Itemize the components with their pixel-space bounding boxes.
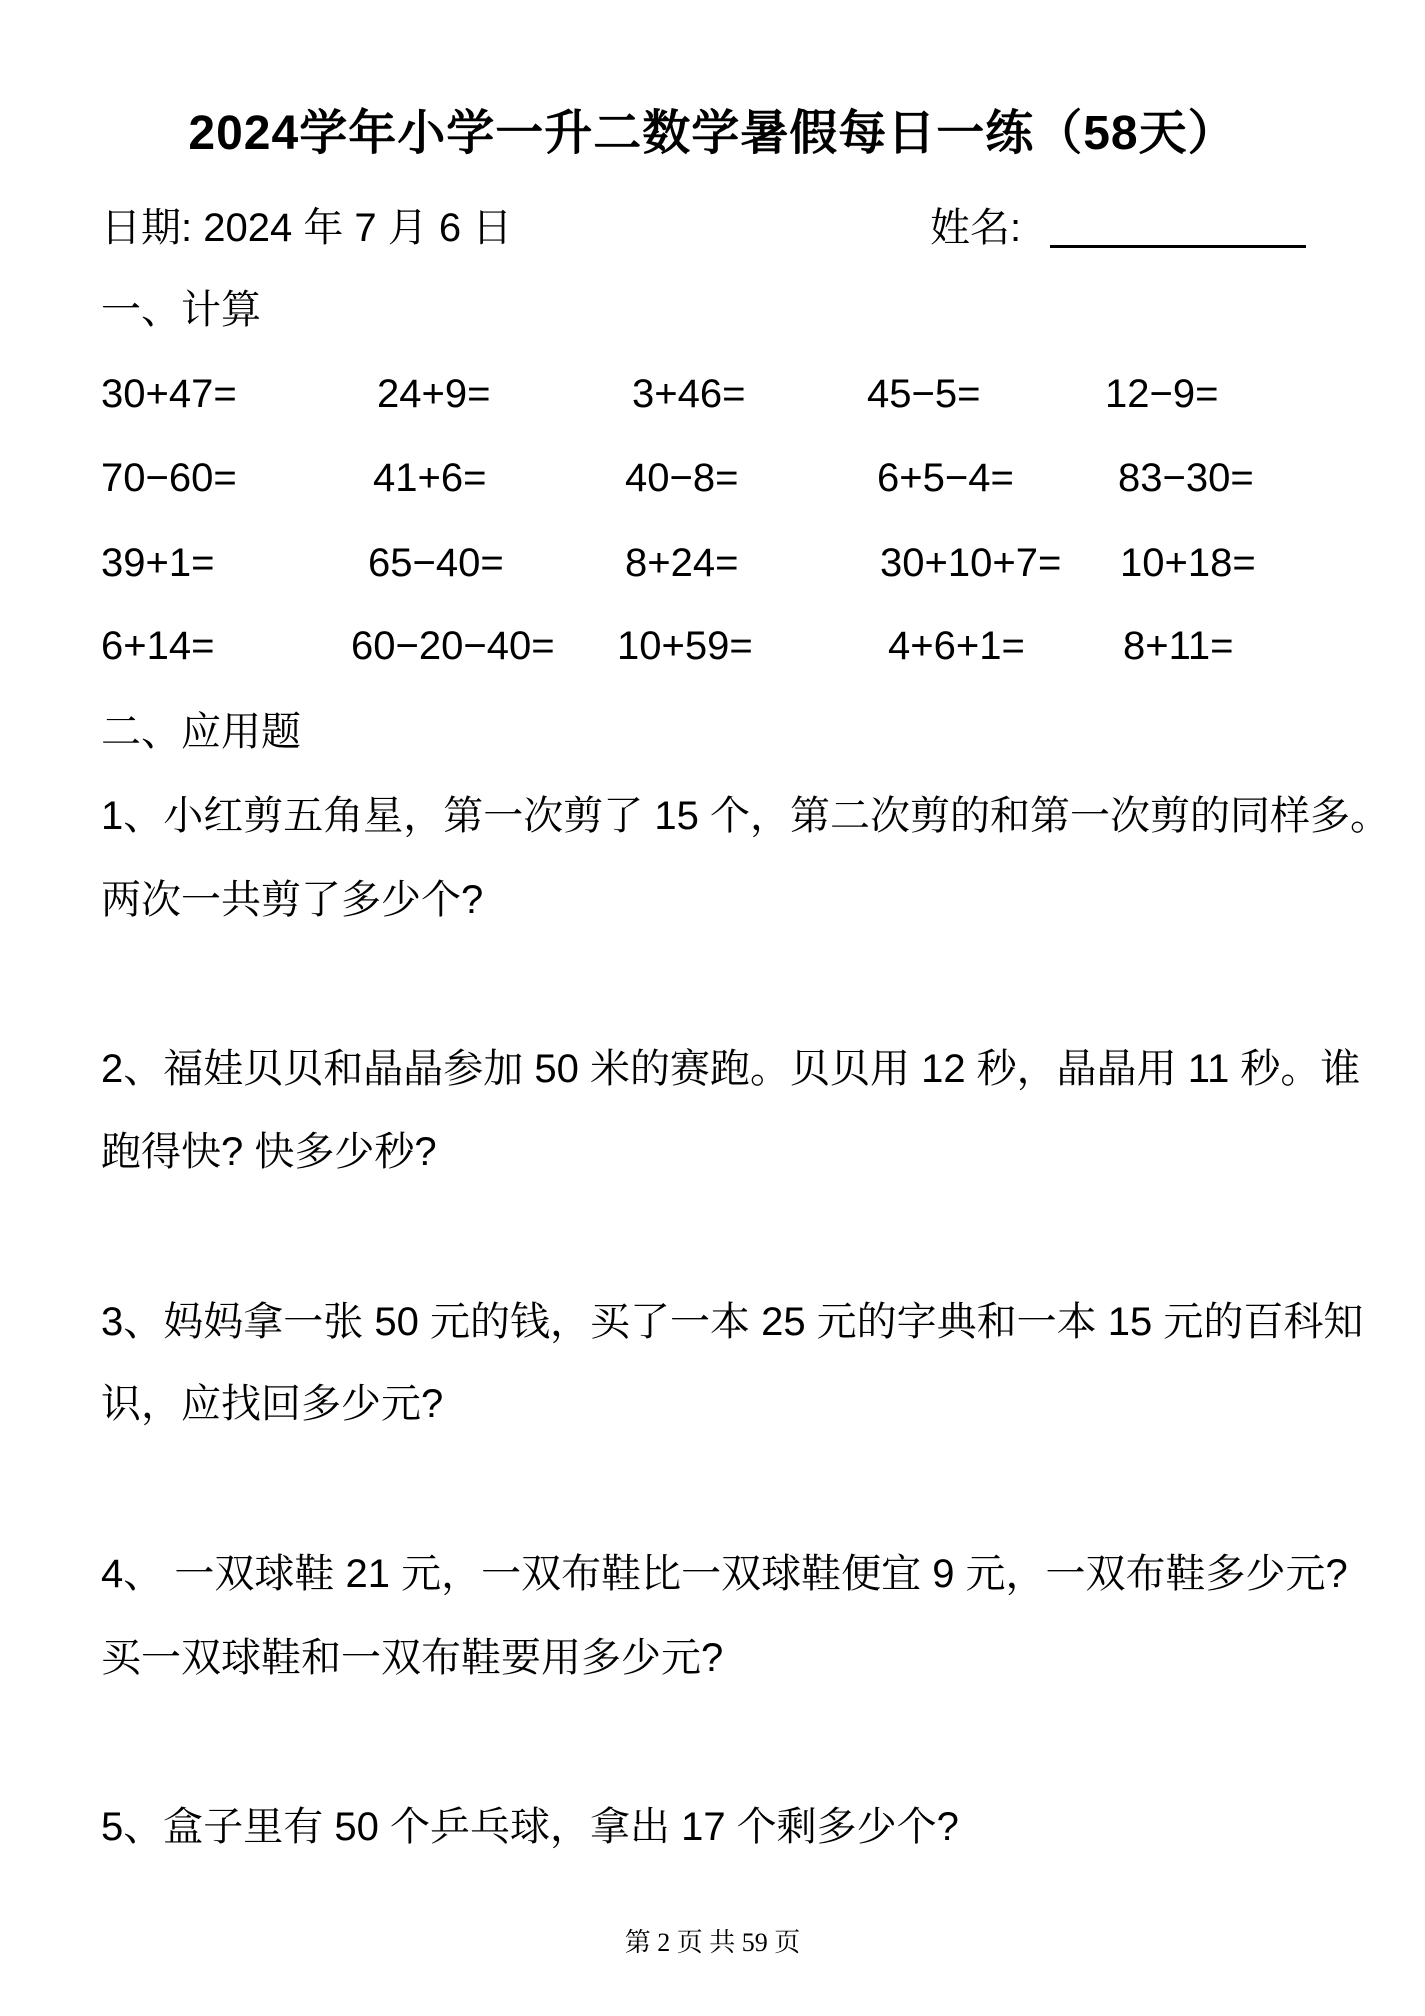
calc-item: 60−20−40= — [351, 626, 555, 666]
calc-item: 8+11= — [1123, 626, 1234, 666]
problem-3-line-1: 3、妈妈拿一张 50 元的钱，买了一本 25 元的字典和一本 15 元的百科知 — [101, 1302, 1363, 1342]
calc-item: 45−5= — [867, 374, 980, 414]
calc-item: 40−8= — [625, 458, 738, 498]
section-heading-calculation: 一、计算 — [101, 290, 261, 330]
calc-item: 30+10+7= — [880, 543, 1061, 583]
problem-5-line-1: 5、盒子里有 50 个乒乓球，拿出 17 个剩多少个? — [101, 1807, 959, 1847]
date-label: 日期: 2024 年 7 月 6 日 — [101, 208, 512, 248]
problem-2-line-1: 2、福娃贝贝和晶晶参加 50 米的赛跑。贝贝用 12 秒，晶晶用 11 秒。谁 — [101, 1049, 1360, 1089]
problem-4-line-1: 4、 一双球鞋 21 元，一双布鞋比一双球鞋便宜 9 元，一双布鞋多少元? — [101, 1554, 1348, 1594]
calc-item: 10+18= — [1120, 543, 1256, 583]
calc-item: 65−40= — [368, 543, 504, 583]
calc-item: 70−60= — [101, 458, 237, 498]
problem-2-line-2: 跑得快? 快多少秒? — [101, 1132, 437, 1172]
calc-item: 12−9= — [1105, 374, 1218, 414]
calc-item: 8+24= — [625, 543, 738, 583]
calc-item: 30+47= — [101, 374, 237, 414]
calc-item: 83−30= — [1118, 458, 1254, 498]
problem-3-line-2: 识，应找回多少元? — [101, 1384, 443, 1424]
problem-1-line-1: 1、小红剪五角星，第一次剪了 15 个，第二次剪的和第一次剪的同样多。 — [101, 796, 1390, 836]
calc-item: 3+46= — [632, 374, 745, 414]
problem-4-line-2: 买一双球鞋和一双布鞋要用多少元? — [101, 1638, 723, 1678]
name-label: 姓名: — [930, 208, 1021, 248]
calc-item: 10+59= — [617, 626, 753, 666]
calc-item: 24+9= — [377, 374, 490, 414]
section-heading-word-problems: 二、应用题 — [101, 712, 301, 752]
calc-item: 4+6+1= — [888, 626, 1025, 666]
calc-item: 6+14= — [101, 626, 214, 666]
calc-item: 39+1= — [101, 543, 214, 583]
problem-1-line-2: 两次一共剪了多少个? — [101, 880, 483, 920]
name-blank-line — [1050, 245, 1306, 248]
page-number-footer: 第 2 页 共 59 页 — [0, 1930, 1425, 1956]
calc-item: 41+6= — [373, 458, 486, 498]
calc-item: 6+5−4= — [877, 458, 1014, 498]
page-title: 2024学年小学一升二数学暑假每日一练（58天） — [0, 110, 1425, 158]
